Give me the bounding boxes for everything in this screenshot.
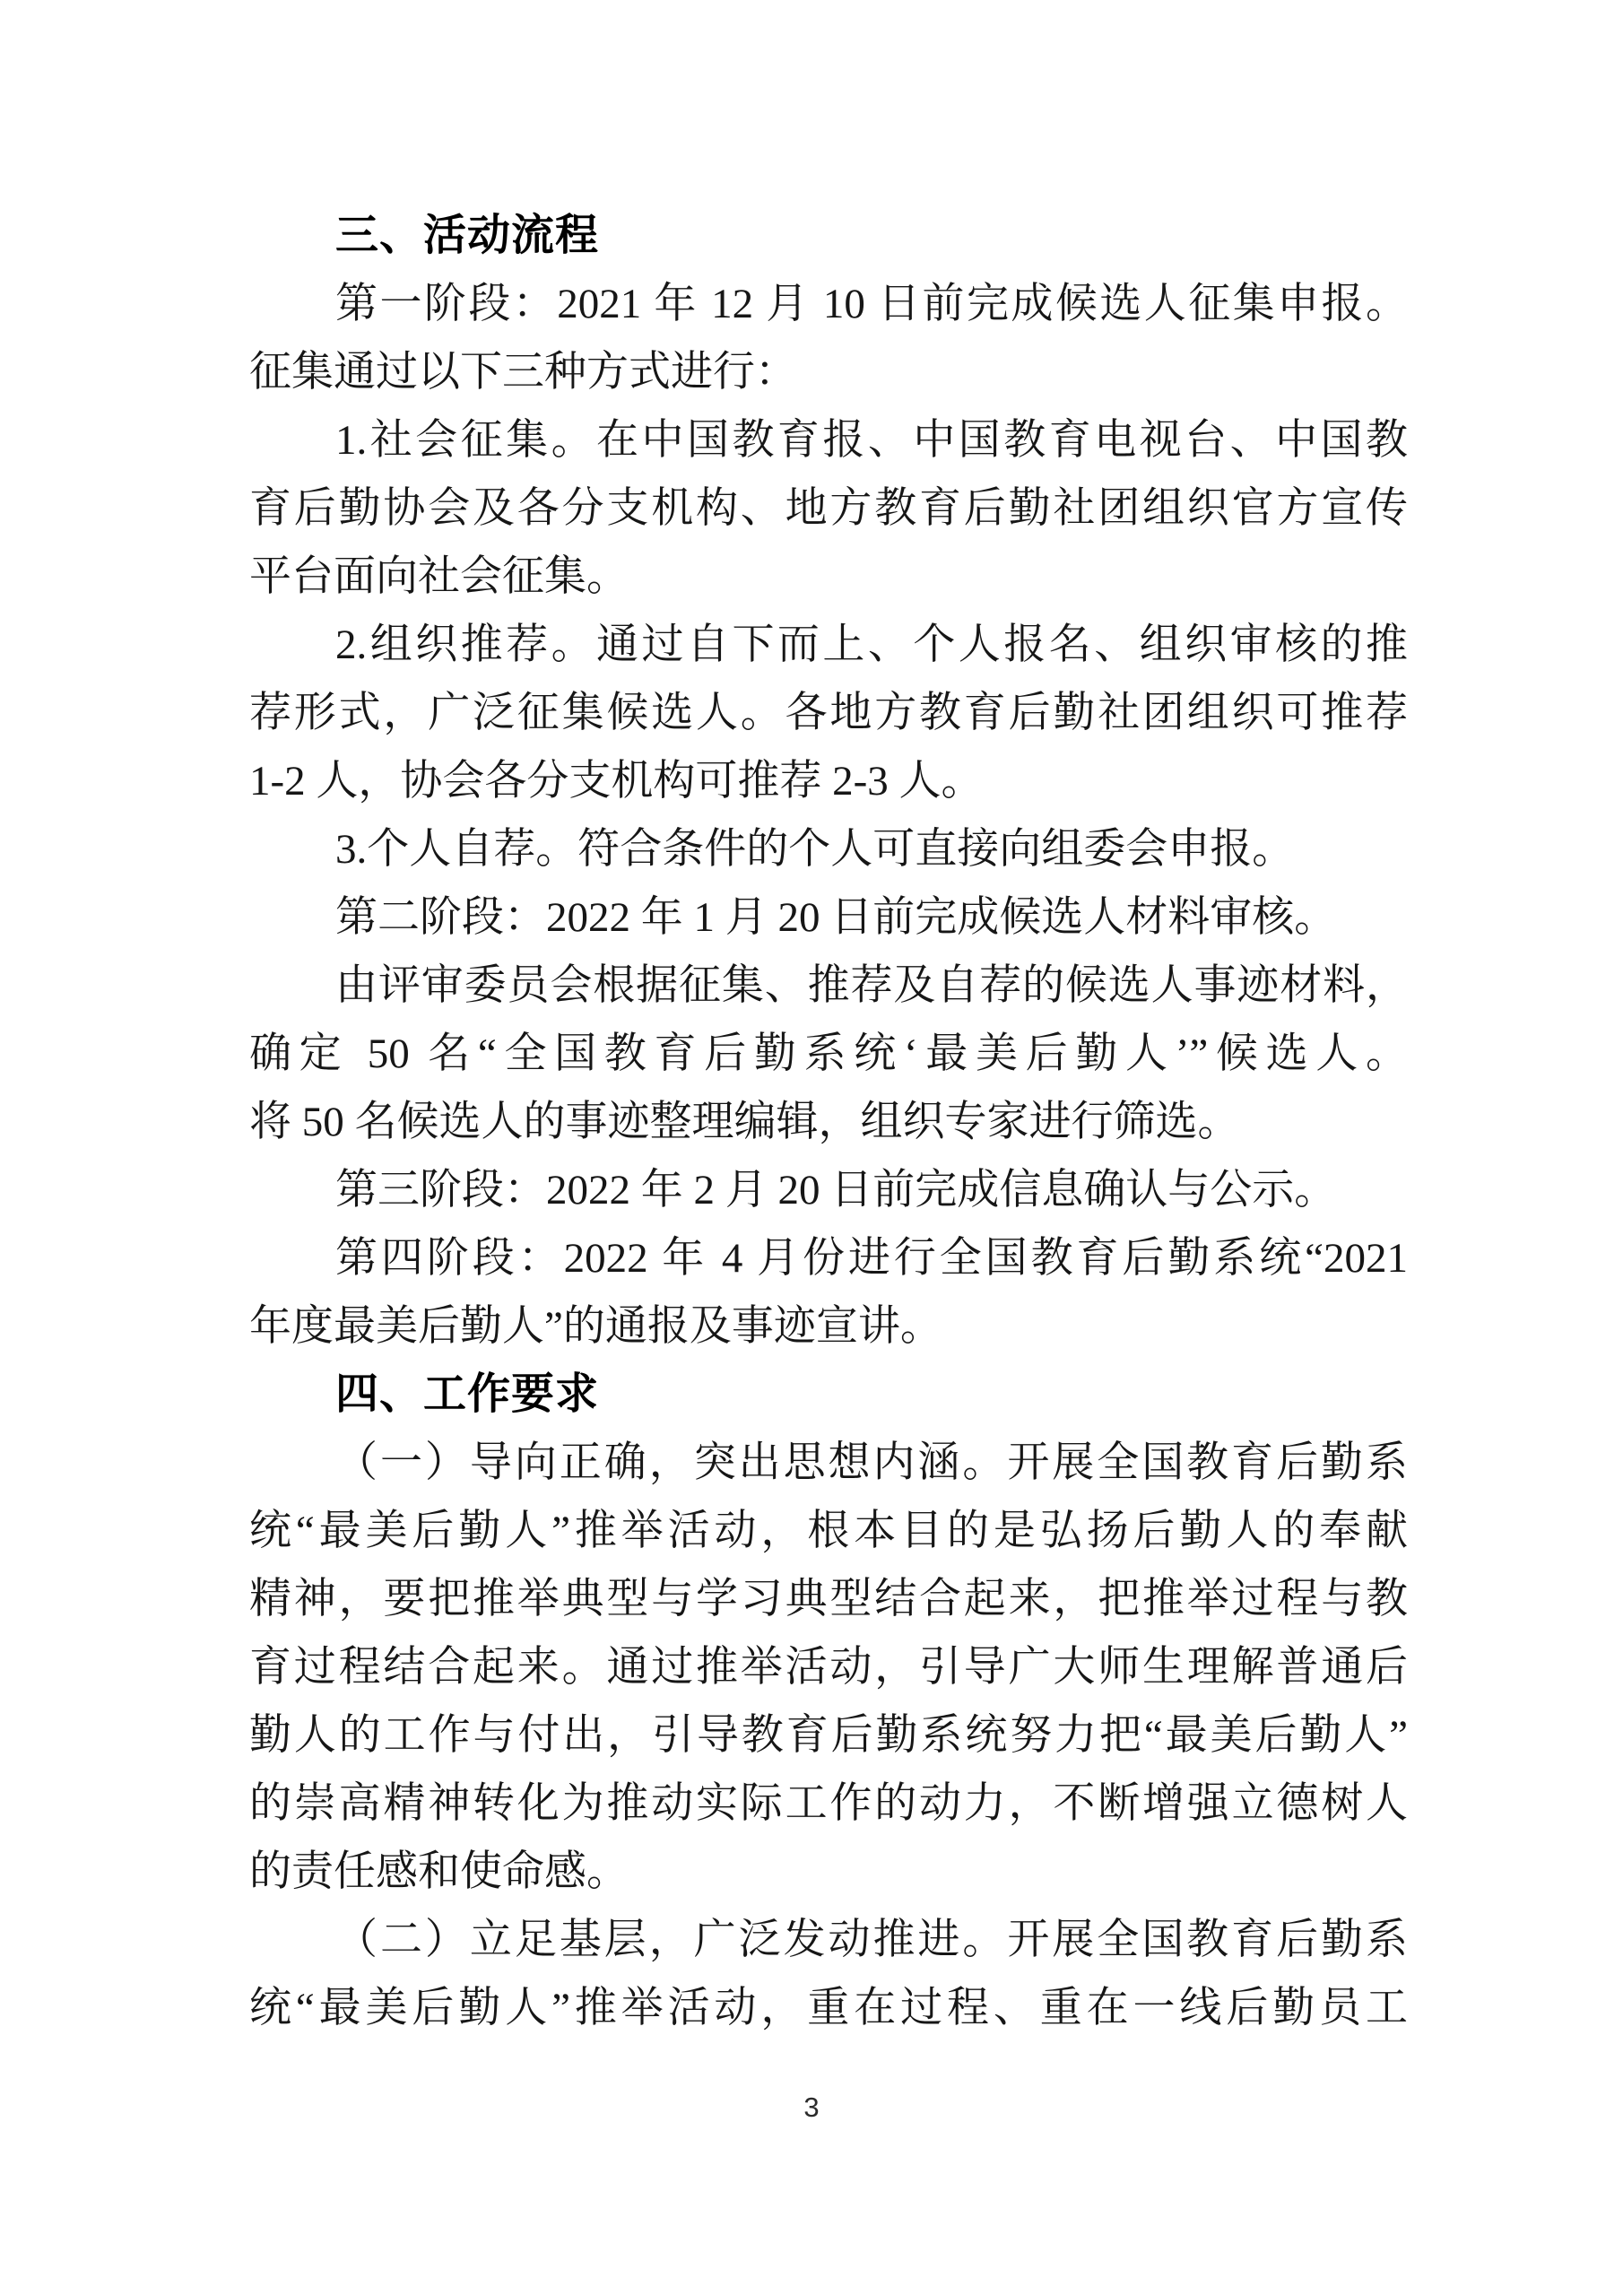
text-line: 第四阶段：2022 年 4 月份进行全国教育后勤系统“2021: [249, 1224, 1408, 1292]
text-line: （一）导向正确，突出思想内涵。开展全国教育后勤系: [249, 1429, 1408, 1497]
text-line: 确定 50 名“全国教育后勤系统‘最美后勤人’”候选人。: [249, 1020, 1408, 1088]
text-line: 1.社会征集。在中国教育报、中国教育电视台、中国教: [249, 406, 1408, 474]
text-line: 平台面向社会征集。: [249, 543, 1408, 611]
text-line: 精神，要把推举典型与学习典型结合起来，把推举过程与教: [249, 1565, 1408, 1633]
document-body: 三、活动流程第一阶段：2021 年 12 月 10 日前完成候选人征集申报。征集…: [249, 202, 1408, 2042]
text-line: （二）立足基层，广泛发动推进。开展全国教育后勤系: [249, 1906, 1408, 1974]
text-line: 第二阶段：2022 年 1 月 20 日前完成候选人材料审核。: [249, 883, 1408, 952]
text-line: 2.组织推荐。通过自下而上、个人报名、组织审核的推: [249, 611, 1408, 679]
text-line: 育过程结合起来。通过推举活动，引导广大师生理解普通后: [249, 1633, 1408, 1701]
text-line: 的崇高精神转化为推动实际工作的动力，不断增强立德树人: [249, 1770, 1408, 1838]
text-line: 育后勤协会及各分支机构、地方教育后勤社团组织官方宣传: [249, 474, 1408, 543]
page-number: 3: [0, 2092, 1623, 2124]
text-line: 由评审委员会根据征集、推荐及自荐的候选人事迹材料，: [249, 952, 1408, 1020]
text-line: 勤人的工作与付出，引导教育后勤系统努力把“最美后勤人”: [249, 1701, 1408, 1770]
text-line: 年度最美后勤人”的通报及事迹宣讲。: [249, 1292, 1408, 1361]
text-line: 荐形式，广泛征集候选人。各地方教育后勤社团组织可推荐: [249, 679, 1408, 747]
text-line: 统“最美后勤人”推举活动，根本目的是弘扬后勤人的奉献: [249, 1497, 1408, 1565]
text-line: 的责任感和使命感。: [249, 1838, 1408, 1906]
document-page: 三、活动流程第一阶段：2021 年 12 月 10 日前完成候选人征集申报。征集…: [0, 0, 1623, 2296]
text-line: 统“最美后勤人”推举活动，重在过程、重在一线后勤员工: [249, 1974, 1408, 2042]
text-line: 3.个人自荐。符合条件的个人可直接向组委会申报。: [249, 815, 1408, 883]
text-line: 第一阶段：2021 年 12 月 10 日前完成候选人征集申报。: [249, 270, 1408, 338]
text-line: 将 50 名候选人的事迹整理编辑，组织专家进行筛选。: [249, 1088, 1408, 1156]
section-heading: 三、活动流程: [249, 202, 1408, 270]
text-line: 征集通过以下三种方式进行：: [249, 338, 1408, 406]
text-line: 1-2 人，协会各分支机构可推荐 2-3 人。: [249, 747, 1408, 815]
text-line: 第三阶段：2022 年 2 月 20 日前完成信息确认与公示。: [249, 1156, 1408, 1224]
section-heading: 四、工作要求: [249, 1361, 1408, 1429]
